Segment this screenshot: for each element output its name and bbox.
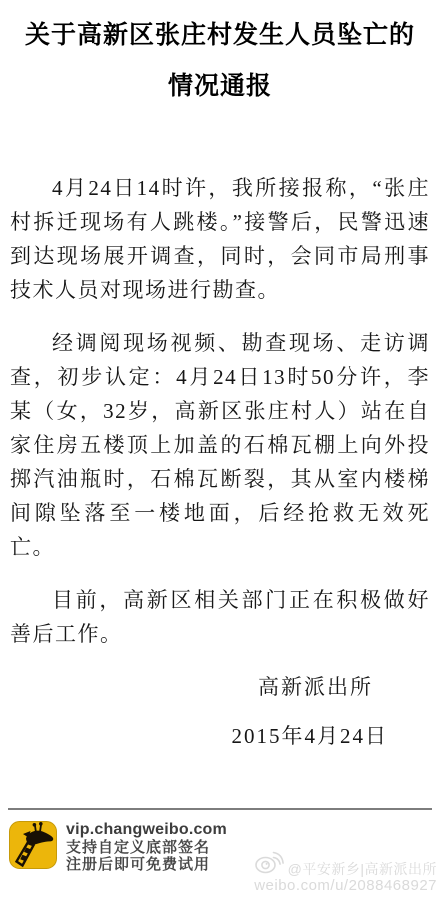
- notice-body: 4月24日14时许，我所接报称，“张庄村拆迁现场有人跳楼。”接警后，民警迅速到达…: [10, 171, 430, 651]
- notice-paragraph-3: 目前，高新区相关部门正在积极做好善后工作。: [10, 583, 430, 651]
- long-weibo-notice-image: { "document": { "title_line1": "关于高新区张庄村…: [0, 0, 440, 899]
- weibo-profile-url: weibo.com/u/2088468927: [254, 877, 437, 895]
- notice-signature: 高新派出所: [10, 670, 430, 704]
- weibo-account-handle: @平安新乡|高新派出所: [288, 861, 437, 877]
- notice-title-line1: 关于高新区张庄村发生人员坠亡的: [10, 0, 430, 50]
- changweibo-brand-block: vip.changweibo.com 支持自定义底部签名 注册后即可免费试用: [9, 821, 227, 873]
- notice-paragraph-1: 4月24日14时许，我所接报称，“张庄村拆迁现场有人跳楼。”接警后，民警迅速到达…: [10, 171, 430, 307]
- changweibo-tagline-1: 支持自定义底部签名: [66, 839, 227, 856]
- notice-date: 2015年4月24日: [10, 719, 430, 753]
- notice-document: 关于高新区张庄村发生人员坠亡的 情况通报 4月24日14时许，我所接报称，“张庄…: [0, 0, 440, 753]
- footer-divider: [8, 808, 432, 810]
- changweibo-tagline-2: 注册后即可免费试用: [66, 856, 227, 873]
- changweibo-url: vip.changweibo.com: [66, 821, 227, 839]
- weibo-watermark: @平安新乡|高新派出所 weibo.com/u/2088468927: [254, 847, 437, 895]
- watermark-footer: vip.changweibo.com 支持自定义底部签名 注册后即可免费试用 @…: [0, 808, 440, 899]
- notice-paragraph-2: 经调阅现场视频、勘查现场、走访调查，初步认定：4月24日13时50分许，李某（女…: [10, 326, 430, 564]
- giraffe-icon: [9, 821, 57, 869]
- changweibo-brand-text: vip.changweibo.com 支持自定义底部签名 注册后即可免费试用: [66, 821, 227, 873]
- notice-title-line2: 情况通报: [10, 71, 430, 101]
- weibo-eye-icon: [254, 847, 284, 877]
